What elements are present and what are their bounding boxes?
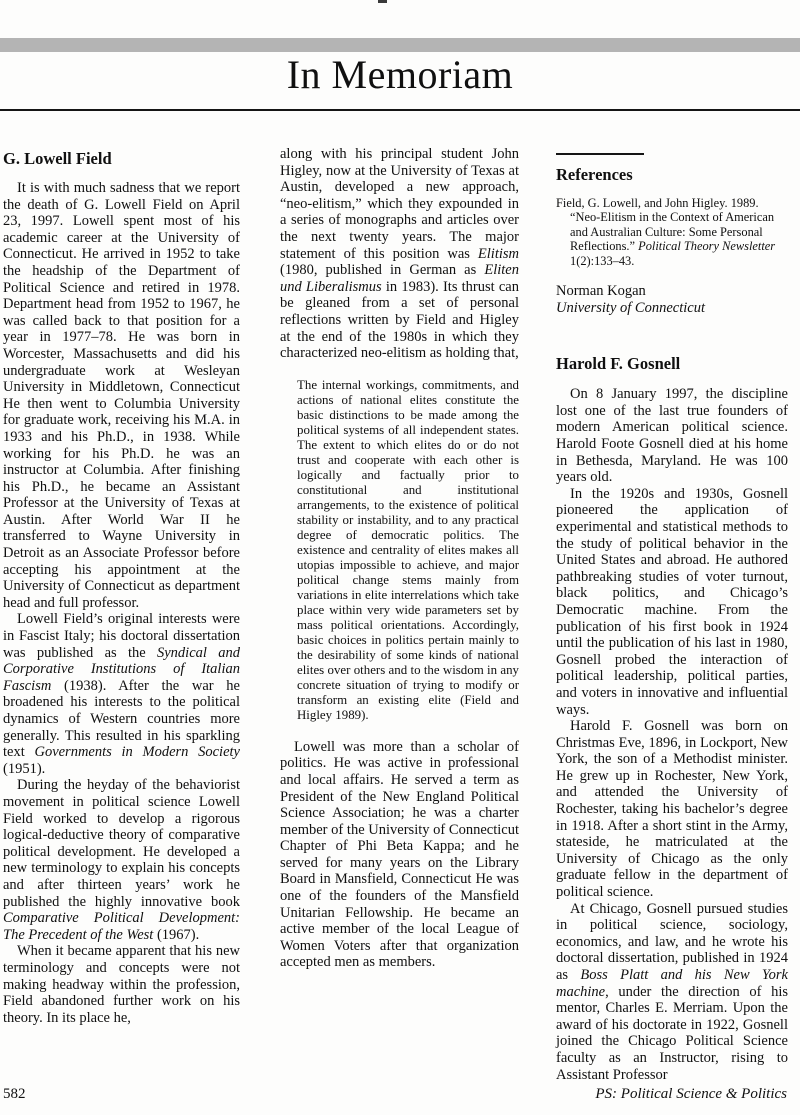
references-heading: References	[556, 165, 788, 185]
obituary-heading-gosnell: Harold F. Gosnell	[556, 354, 788, 374]
paragraph: At Chicago, Gosnell pursued studies in p…	[556, 901, 788, 1084]
reference-entry: Field, G. Lowell, and John Higley. 1989.…	[556, 196, 788, 268]
paragraph: In the 1920s and 1930s, Gosnell pioneere…	[556, 486, 788, 718]
column-middle: along with his principal student John Hi…	[280, 146, 519, 971]
journal-name: PS: Political Science & Politics	[595, 1086, 787, 1103]
journal-page: { "page": { "title": "In Memoriam", "foo…	[0, 0, 800, 1115]
journal-title-italic: Political Theory Newsletter	[638, 239, 775, 253]
author-signature-name: Norman Kogan	[556, 283, 788, 300]
header-gray-band	[0, 38, 800, 52]
book-title-italic: Elitism	[478, 246, 519, 262]
print-registration-mark	[378, 0, 387, 3]
paragraph: During the heyday of the behaviorist mov…	[3, 777, 240, 943]
paragraph-continuation: along with his principal student John Hi…	[280, 146, 519, 362]
paragraph: On 8 January 1997, the discipline lost o…	[556, 386, 788, 486]
text-run: (1967).	[153, 927, 199, 943]
text-run: (1951).	[3, 761, 45, 777]
text-run: 1(2):133–43.	[570, 254, 634, 268]
page-number: 582	[3, 1086, 26, 1103]
book-title-italic: Governments in Modern Society	[34, 744, 240, 760]
text-run: (1980, published in German as	[280, 262, 484, 278]
text-run: During the heyday of the behaviorist mov…	[3, 777, 240, 909]
column-left: G. Lowell Field It is with much sadness …	[3, 149, 240, 1026]
paragraph: Lowell was more than a scholar of politi…	[280, 739, 519, 971]
page-title: In Memoriam	[0, 53, 800, 97]
paragraph: Harold F. Gosnell was born on Christmas …	[556, 718, 788, 901]
paragraph: When it became apparent that his new ter…	[3, 943, 240, 1026]
column-right: References Field, G. Lowell, and John Hi…	[556, 146, 788, 1083]
text-run: along with his principal student John Hi…	[280, 146, 519, 262]
paragraph: It is with much sadness that we report t…	[3, 180, 240, 611]
title-divider-rule	[0, 109, 800, 111]
block-quote: The internal workings, commitments, and …	[297, 378, 519, 723]
obituary-heading-field: G. Lowell Field	[3, 149, 240, 169]
book-title-italic: Comparative Political Development: The P…	[3, 910, 240, 943]
paragraph: Lowell Field’s original interests were i…	[3, 611, 240, 777]
author-signature-affiliation: University of Connecticut	[556, 300, 788, 317]
references-divider-rule	[556, 153, 644, 155]
